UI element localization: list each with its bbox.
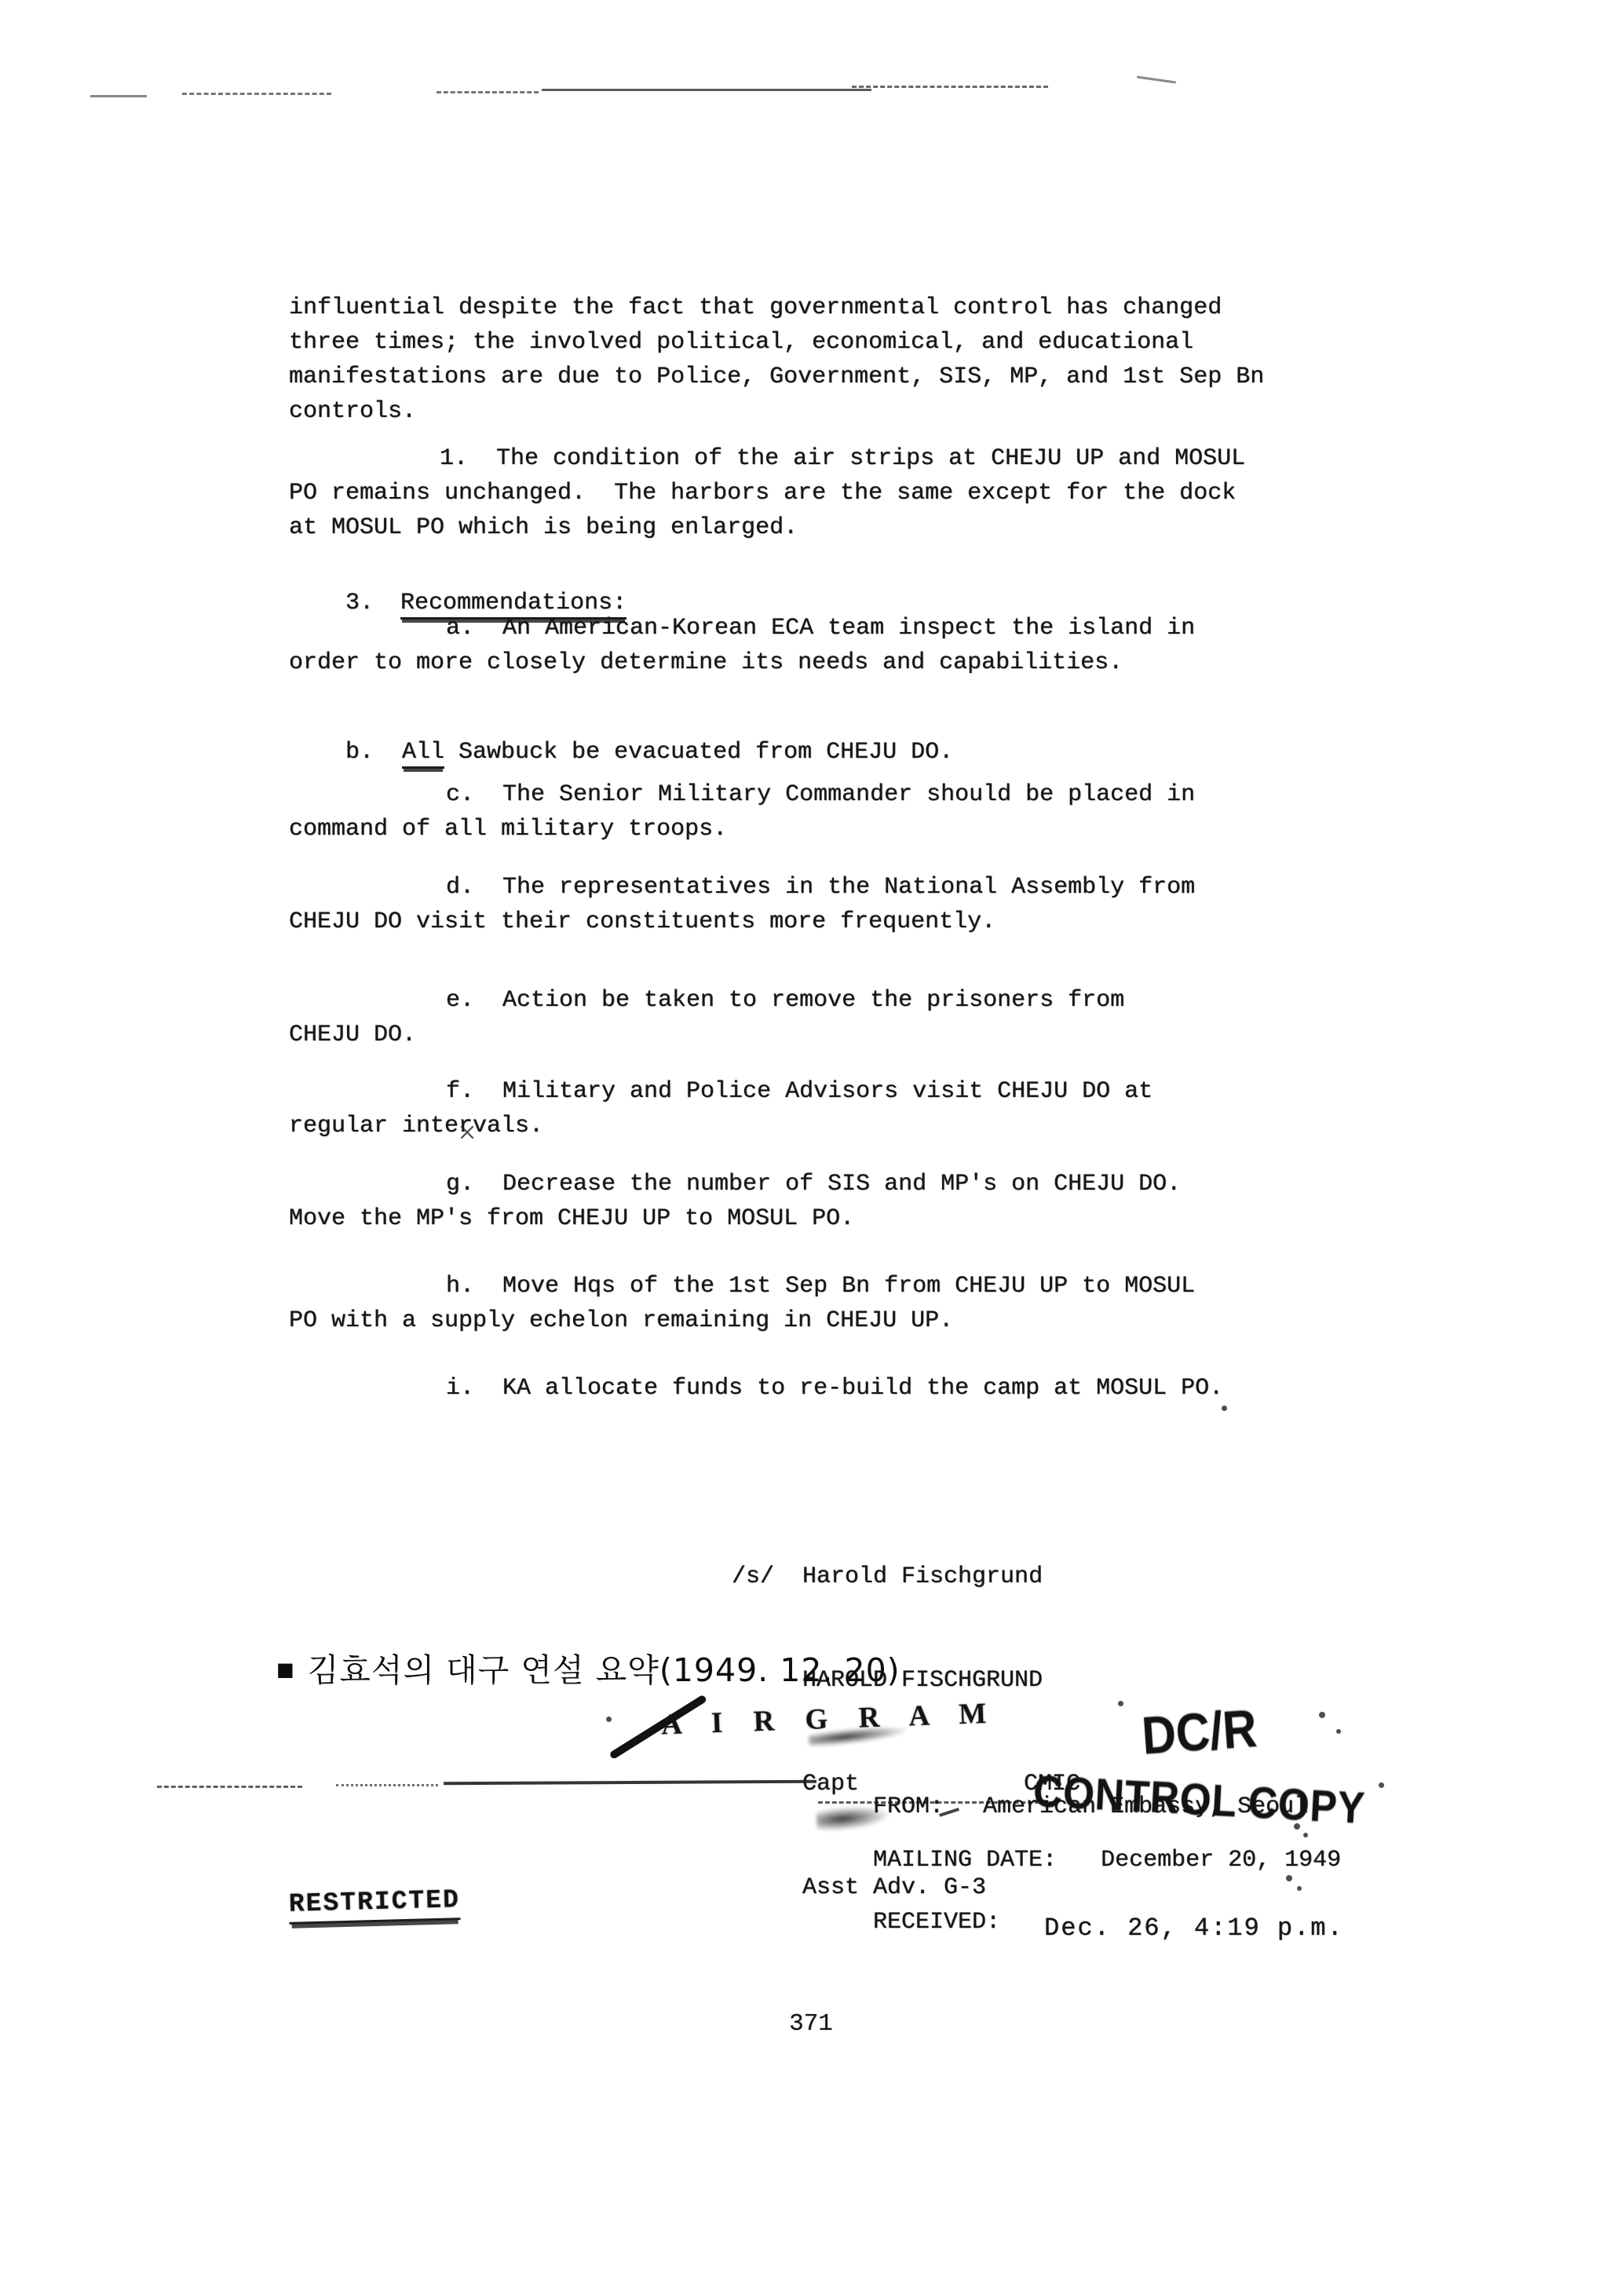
korean-note: ■김효석의 대구 연설 요약(1949. 12. 20) (276, 1644, 901, 1691)
scan-artifact-line (336, 1784, 438, 1786)
ink-dot (1118, 1701, 1123, 1706)
received-row: RECEIVED:Dec. 26, 4:19 p.m. (816, 1880, 1344, 1962)
scan-artifact-line (157, 1786, 302, 1788)
rec-item-f: f. Military and Police Advisors visit CH… (289, 1074, 1353, 1143)
from-label: FROM: (873, 1793, 944, 1820)
rec-item-e: e. Action be taken to remove the prisone… (289, 983, 1353, 1052)
mailing-date-label: MAILING DATE: (873, 1847, 1057, 1874)
rec-item-b-underlined-word: All (402, 739, 444, 769)
received-value: Dec. 26, 4:19 p.m. (1044, 1914, 1344, 1943)
mailing-date-value: December 20, 1949 (1101, 1847, 1341, 1874)
signature-line: /s/Harold Fischgrund (732, 1559, 1080, 1594)
rec-item-c: c. The Senior Military Commander should … (289, 777, 1353, 846)
page-number: 371 (0, 2007, 1622, 2042)
rec-item-d: d. The representatives in the National A… (289, 870, 1353, 939)
scan-artifact-line (852, 86, 1048, 88)
square-bullet-icon: ■ (276, 1658, 295, 1680)
signature-s-mark: /s/ (732, 1563, 774, 1590)
korean-note-text: 김효석의 대구 연설 요약(1949. 12. 20) (308, 1651, 901, 1689)
paragraph-intro: influential despite the fact that govern… (289, 291, 1353, 429)
scan-artifact-line (1137, 76, 1176, 84)
rec-item-a: a. An American-Korean ECA team inspect t… (289, 611, 1353, 680)
rec-item-b-rest: Sawbuck be evacuated from CHEJU DO. (444, 739, 953, 766)
scan-artifact-line (182, 93, 331, 95)
rec-item-g: g. Decrease the number of SIS and MP's o… (289, 1167, 1353, 1236)
paragraph-item-1: 1. The condition of the air strips at CH… (289, 441, 1353, 545)
received-label: RECEIVED: (873, 1909, 1000, 1936)
ink-dot (1319, 1712, 1325, 1718)
ink-dot (1336, 1729, 1341, 1734)
ink-dot (1222, 1406, 1227, 1411)
ink-dot (1379, 1782, 1384, 1788)
signature-typed-name: Harold Fischgrund (802, 1563, 1043, 1590)
ink-mark (461, 1126, 473, 1139)
restricted-stamp: RESTRICTED (288, 1885, 460, 1925)
scan-artifact-line (90, 95, 147, 97)
scanned-document-page: influential despite the fact that govern… (0, 0, 1622, 2296)
scan-artifact-line (437, 91, 539, 93)
rec-item-h: h. Move Hqs of the 1st Sep Bn from CHEJU… (289, 1269, 1353, 1338)
dcr-stamp: DC/R (1140, 1698, 1259, 1767)
scan-artifact-line (542, 89, 871, 91)
rec-item-b-prefix: b. (345, 739, 402, 766)
ink-dot (606, 1717, 612, 1722)
rec-item-i: i. KA allocate funds to re-build the cam… (289, 1371, 1353, 1406)
